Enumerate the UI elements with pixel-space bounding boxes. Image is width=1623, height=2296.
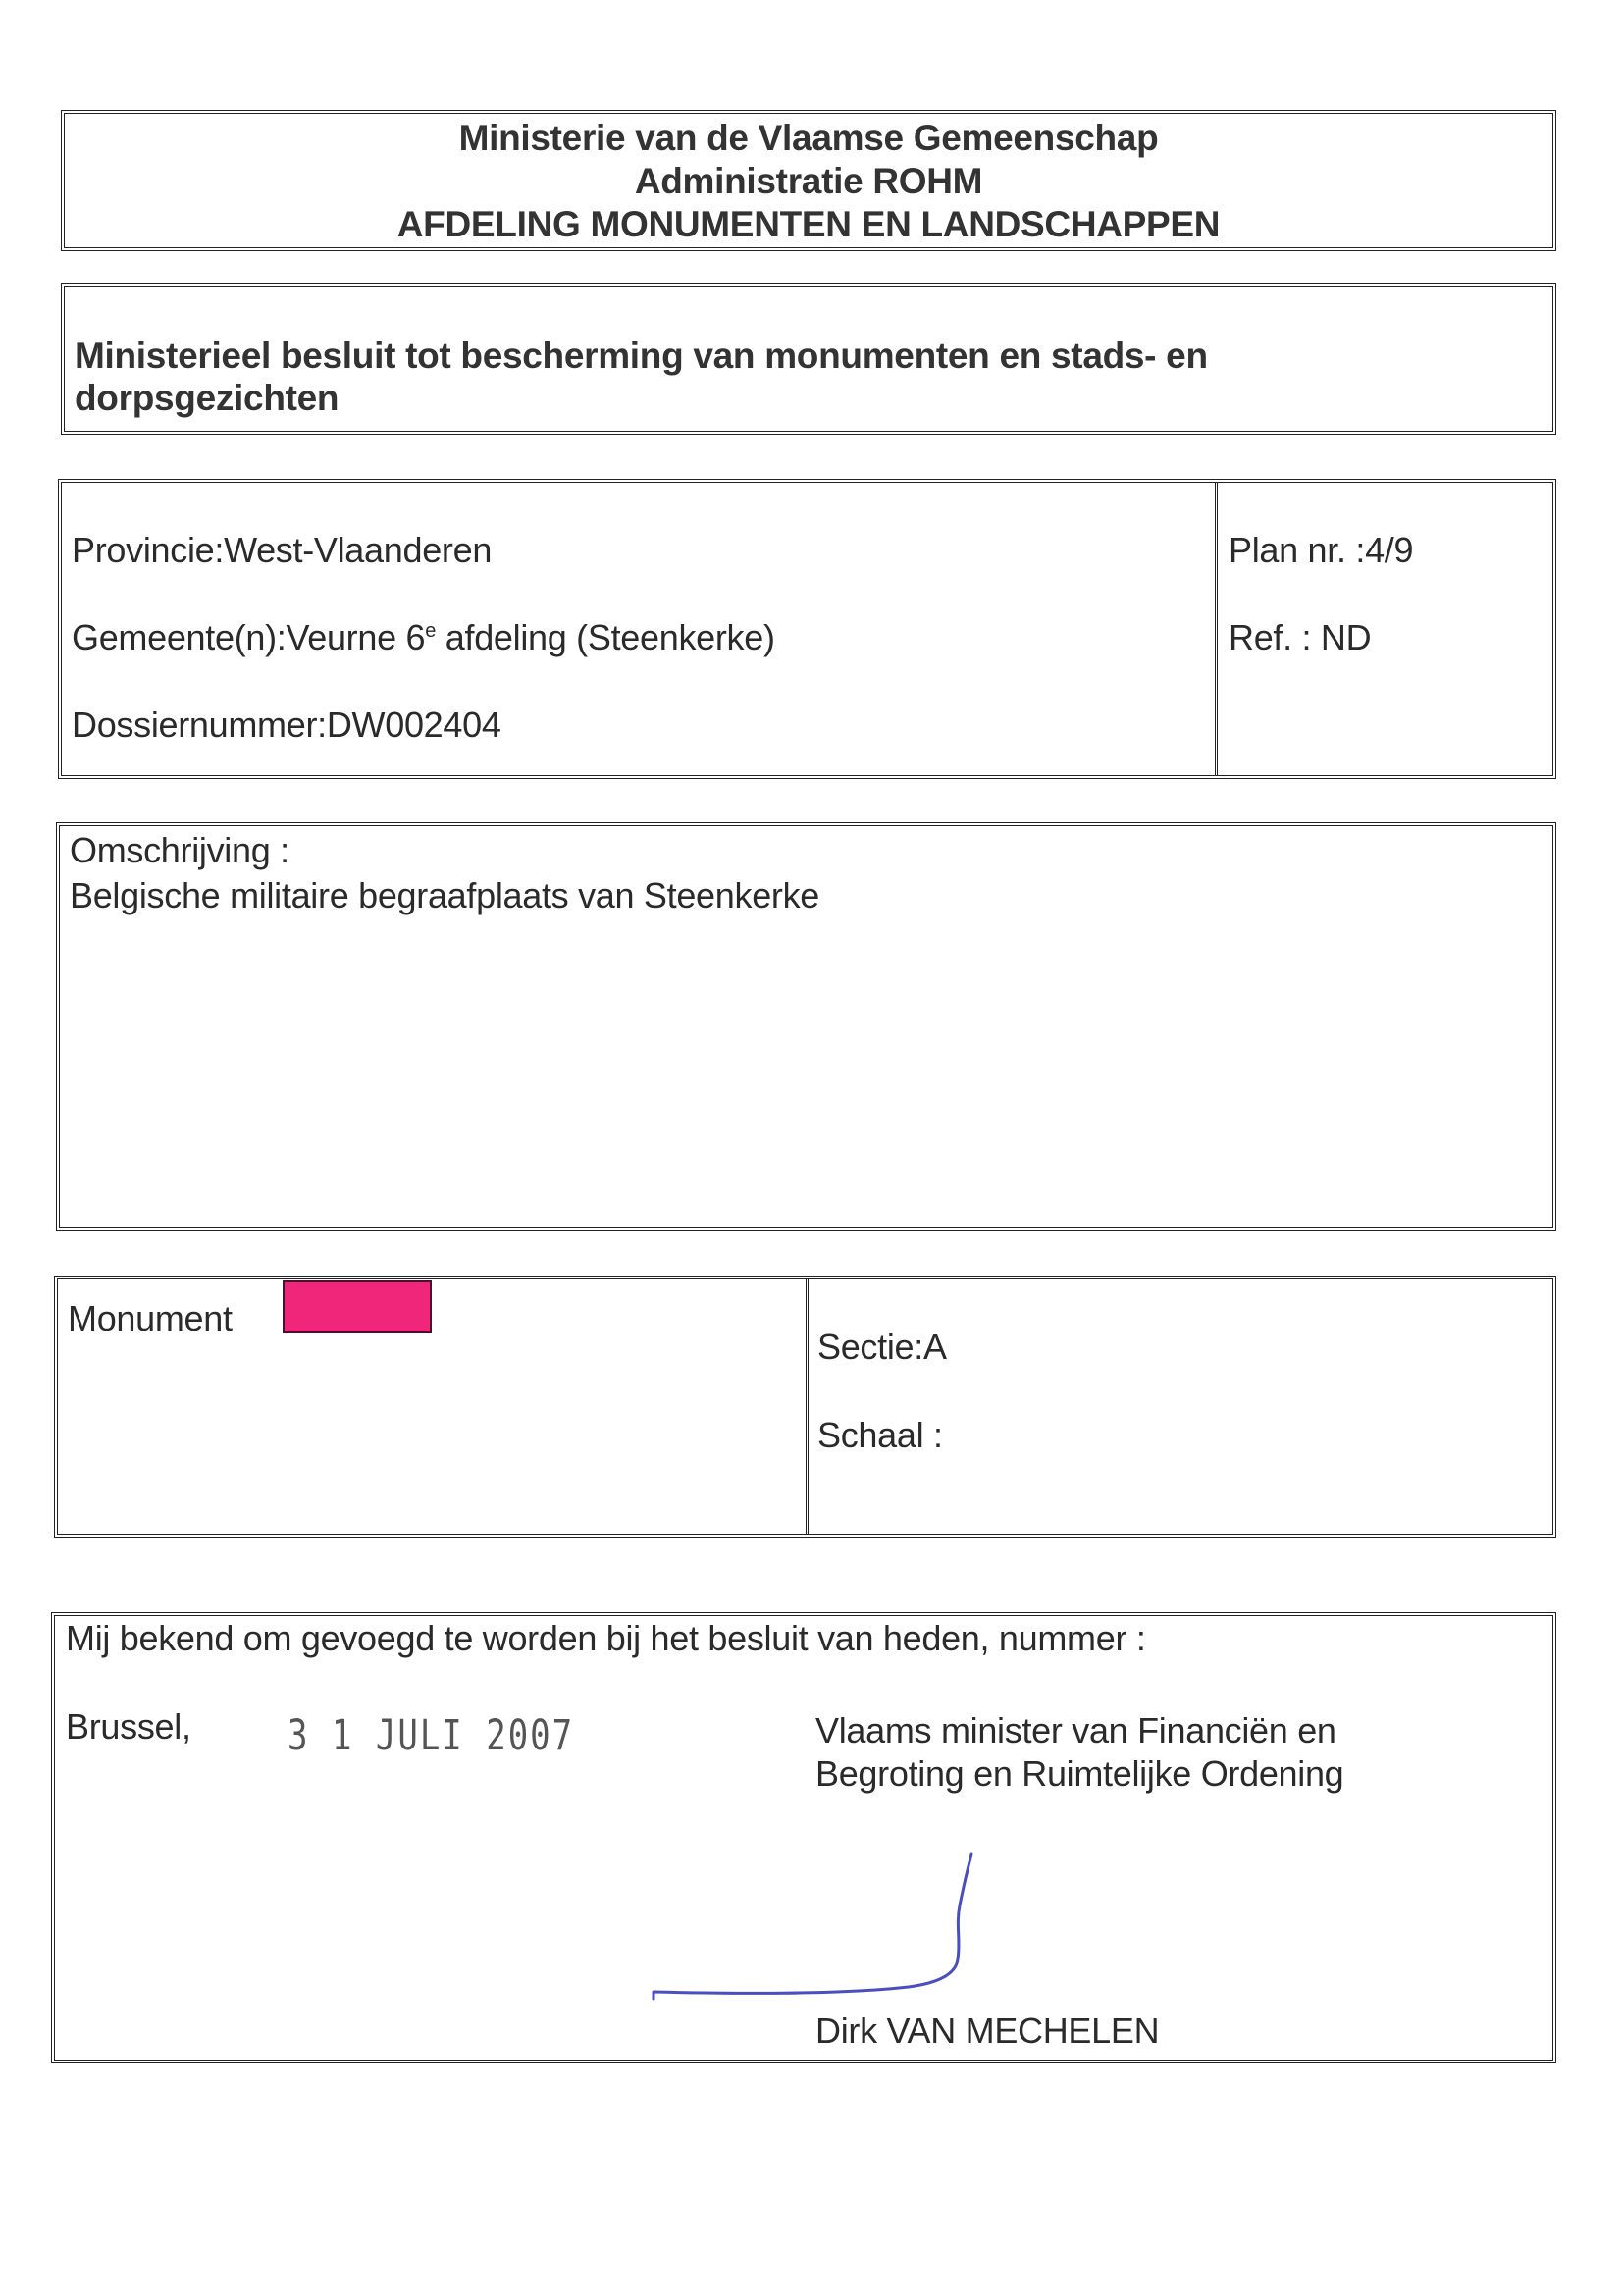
gemeente-prefix: Gemeente(n):Veurne 6 <box>72 617 425 657</box>
reference-field: Ref. : ND <box>1229 617 1371 658</box>
decree-title-box: Ministerieel besluit tot bescherming van… <box>61 283 1556 435</box>
place-label: Brussel, <box>66 1706 191 1748</box>
ministry-name: Ministerie van de Vlaamse Gemeenschap <box>65 118 1552 159</box>
department-name: AFDELING MONUMENTEN EN LANDSCHAPPEN <box>65 204 1552 245</box>
handwritten-signature <box>644 1852 1056 2009</box>
signer-name: Dirk VAN MECHELEN <box>815 2010 1159 2052</box>
dossiernummer-field: Dossiernummer:DW002404 <box>72 704 501 746</box>
decree-title-line2: dorpsgezichten <box>75 378 339 419</box>
info-column-divider <box>1215 483 1218 775</box>
description-label: Omschrijving : <box>70 830 289 871</box>
signature-box: Mij bekend om gevoegd te worden bij het … <box>51 1612 1556 2063</box>
legend-column-divider <box>806 1279 809 1534</box>
date-stamp: 3 1 JULI 2007 <box>288 1711 574 1760</box>
administration-name: Administratie ROHM <box>65 161 1552 202</box>
decree-title-line1: Ministerieel besluit tot bescherming van… <box>75 336 1208 377</box>
legend-box: Monument Sectie:A Schaal : <box>54 1276 1556 1538</box>
ministry-header-box: Ministerie van de Vlaamse Gemeenschap Ad… <box>61 110 1556 251</box>
gemeente-suffix: afdeling (Steenkerke) <box>436 617 775 657</box>
monument-color-swatch <box>283 1280 432 1333</box>
gemeente-field: Gemeente(n):Veurne 6e afdeling (Steenker… <box>72 617 775 658</box>
minister-title-line2: Begroting en Ruimtelijke Ordening <box>815 1753 1343 1795</box>
location-info-box: Provincie:West-Vlaanderen Gemeente(n):Ve… <box>58 479 1556 779</box>
description-text: Belgische militaire begraafplaats van St… <box>70 875 819 916</box>
monument-legend-label: Monument <box>68 1298 233 1339</box>
gemeente-superscript: e <box>425 620 436 642</box>
plan-number-field: Plan nr. :4/9 <box>1229 530 1413 571</box>
schaal-field: Schaal : <box>817 1415 943 1456</box>
decree-attachment-statement: Mij bekend om gevoegd te worden bij het … <box>66 1618 1146 1659</box>
minister-title-line1: Vlaams minister van Financiën en <box>815 1710 1336 1751</box>
description-box: Omschrijving : Belgische militaire begra… <box>56 822 1556 1231</box>
sectie-field: Sectie:A <box>817 1327 947 1368</box>
provincie-field: Provincie:West-Vlaanderen <box>72 530 492 571</box>
